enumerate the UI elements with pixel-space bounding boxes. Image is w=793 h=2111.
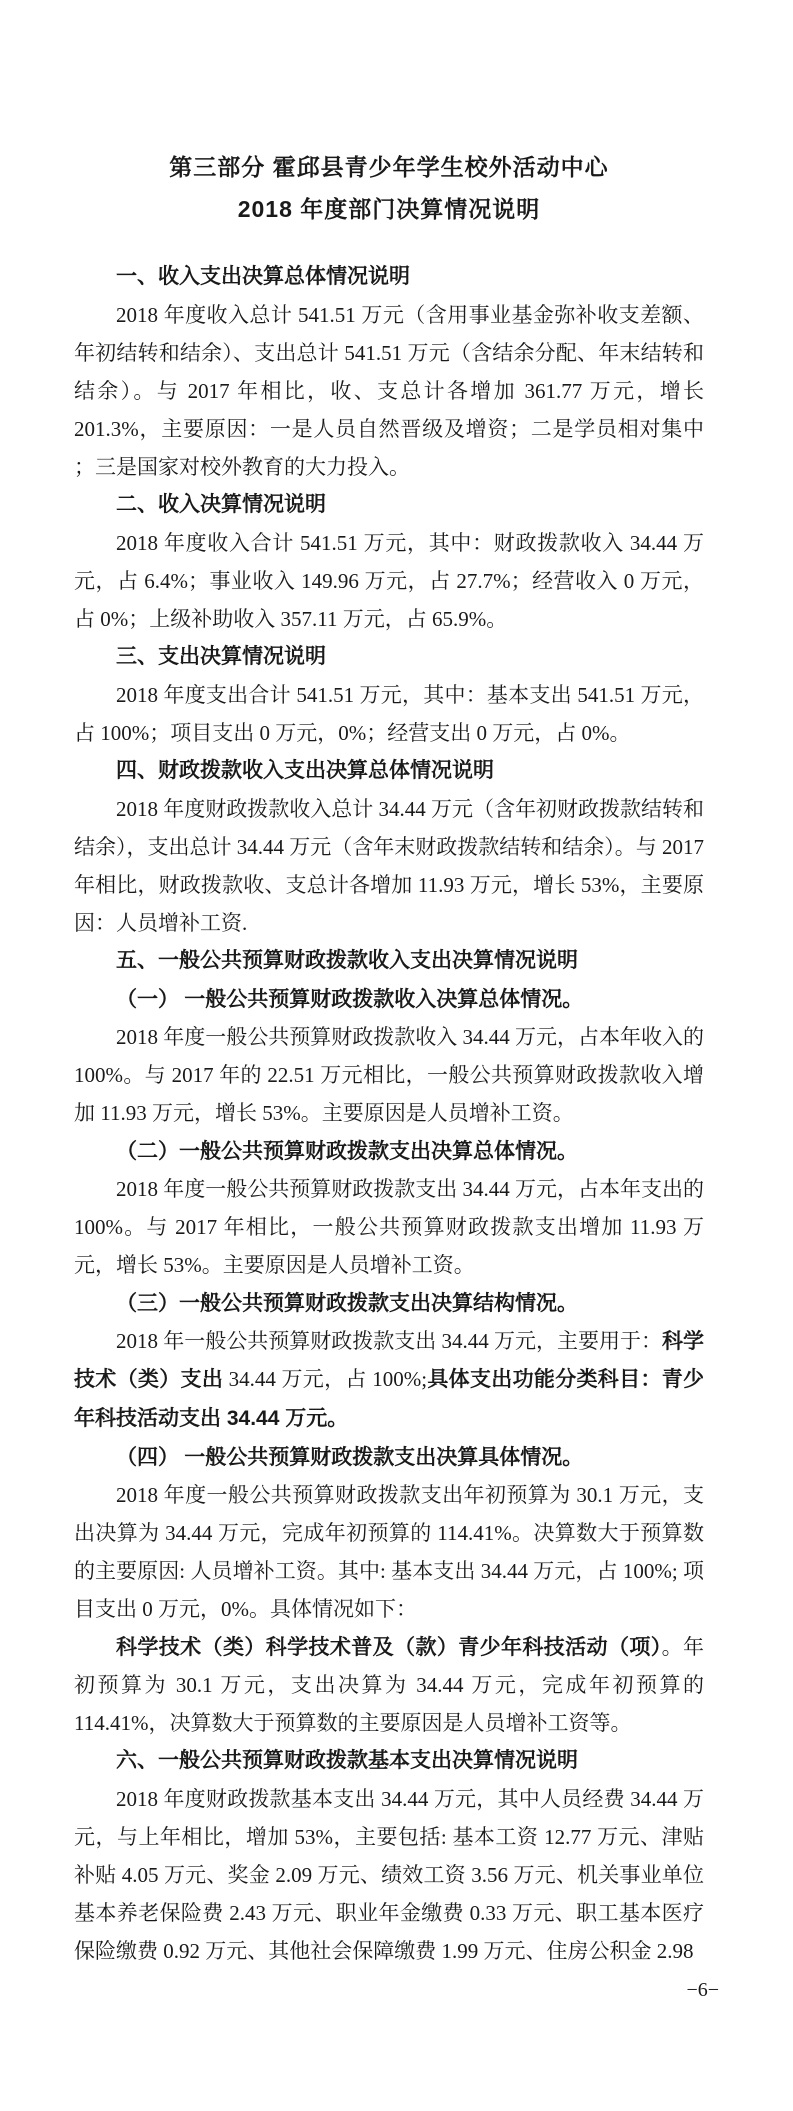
document-page: 第三部分 霍邱县青少年学生校外活动中心 2018 年度部门决算情况说明 一、收入…	[0, 0, 793, 2111]
section-5-sub-1-paragraph: 2018 年度一般公共预算财政拨款收入 34.44 万元，占本年收入的 100%…	[74, 1018, 704, 1132]
document-title-line2: 2018 年度部门决算情况说明	[74, 188, 704, 230]
document-content: 第三部分 霍邱县青少年学生校外活动中心 2018 年度部门决算情况说明 一、收入…	[74, 0, 704, 1970]
sub-3-normal-mid: 34.44 万元，占 100%;	[223, 1367, 427, 1391]
document-title-line1: 第三部分 霍邱县青少年学生校外活动中心	[74, 146, 704, 188]
section-5-sub-4-detail-paragraph: 科学技术（类）科学技术普及（款）青少年科技活动（项）。年初预算为 30.1 万元…	[74, 1628, 704, 1742]
section-4-paragraph: 2018 年度财政拨款收入总计 34.44 万元（含年初财政拨款结转和结余），支…	[74, 790, 704, 942]
sub-4-bold-lead-segment: 科学技术（类）科学技术普及（款）青少年科技活动（项）	[116, 1635, 662, 1659]
section-1-paragraph: 2018 年度收入总计 541.51 万元（含用事业基金弥补收支差额、年初结转和…	[74, 296, 704, 486]
section-3-paragraph: 2018 年度支出合计 541.51 万元，其中：基本支出 541.51 万元，…	[74, 676, 704, 752]
section-2-heading: 二、收入决算情况说明	[74, 486, 704, 524]
document-body: 一、收入支出决算总体情况说明 2018 年度收入总计 541.51 万元（含用事…	[74, 258, 704, 1970]
section-5-sub-2-paragraph: 2018 年度一般公共预算财政拨款支出 34.44 万元，占本年支出的 100%…	[74, 1170, 704, 1284]
page-number: −6−	[686, 1978, 719, 2002]
section-6-heading: 六、一般公共预算财政拨款基本支出决算情况说明	[74, 1742, 704, 1780]
section-5-sub-2-heading: （二）一般公共预算财政拨款支出决算总体情况。	[74, 1132, 704, 1170]
section-5-sub-3-heading: （三）一般公共预算财政拨款支出决算结构情况。	[74, 1284, 704, 1322]
section-1-heading: 一、收入支出决算总体情况说明	[74, 258, 704, 296]
section-3-heading: 三、支出决算情况说明	[74, 638, 704, 676]
section-6-paragraph: 2018 年度财政拨款基本支出 34.44 万元，其中人员经费 34.44 万元…	[74, 1780, 704, 1970]
section-5-sub-4-heading: （四） 一般公共预算财政拨款支出决算具体情况。	[74, 1438, 704, 1476]
section-5-heading: 五、一般公共预算财政拨款收入支出决算情况说明	[74, 942, 704, 980]
sub-3-normal-lead: 2018 年一般公共预算财政拨款支出 34.44 万元，主要用于：	[116, 1329, 662, 1353]
section-2-paragraph: 2018 年度收入合计 541.51 万元，其中：财政拨款收入 34.44 万元…	[74, 524, 704, 638]
section-5-sub-1-heading: （一） 一般公共预算财政拨款收入决算总体情况。	[74, 980, 704, 1018]
section-5-sub-4-paragraph: 2018 年度一般公共预算财政拨款支出年初预算为 30.1 万元，支出决算为 3…	[74, 1476, 704, 1628]
section-4-heading: 四、财政拨款收入支出决算总体情况说明	[74, 752, 704, 790]
section-5-sub-3-paragraph: 2018 年一般公共预算财政拨款支出 34.44 万元，主要用于：科学技术（类）…	[74, 1322, 704, 1438]
